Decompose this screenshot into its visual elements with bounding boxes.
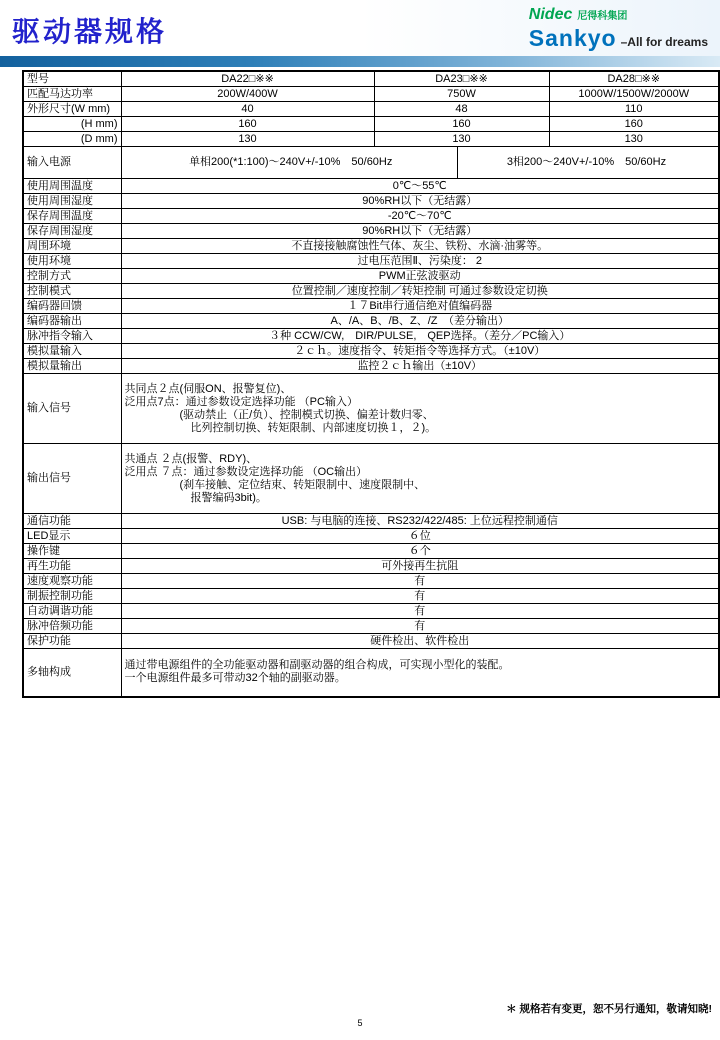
row-label: 脉冲倍频功能: [23, 619, 121, 634]
table-row: 输出信号共通点 ２点(报警、RDY)、 泛用点 ７点：通过参数设定选择功能 （O…: [23, 444, 719, 514]
table-row: 自动调谐功能有: [23, 604, 719, 619]
spec-value-cell: 750W: [374, 87, 549, 102]
row-label: 匹配马达功率: [23, 87, 121, 102]
spec-value-cell: 160: [549, 117, 719, 132]
table-row: 使用周围湿度90%RH以下（无结露）: [23, 194, 719, 209]
row-label: 输出信号: [23, 444, 121, 514]
page-number: 5: [0, 1018, 720, 1028]
table-row: 操作键６个: [23, 544, 719, 559]
table-row: LED显示６位: [23, 529, 719, 544]
table-row: (H mm)160160160: [23, 117, 719, 132]
table-row: 保存周围温度-20℃～70℃: [23, 209, 719, 224]
spec-value-cell: A、/A、B、/B、Z、/Z （差分输出）: [121, 314, 719, 329]
spec-value-cell: 有: [121, 604, 719, 619]
row-label: 制振控制功能: [23, 589, 121, 604]
table-row: 输入信号共同点２点(伺服ON、报警复位)、 泛用点7点：通过参数设定选择功能 （…: [23, 374, 719, 444]
table-row: 模拟量输出监控２ｃｈ输出（±10V）: [23, 359, 719, 374]
row-label: 输入电源: [23, 147, 121, 179]
sankyo-logo: Sankyo–All for dreams: [529, 26, 708, 51]
spec-table: 型号DA22□※※DA23□※※DA28□※※匹配马达功率200W/400W75…: [22, 70, 720, 698]
row-label: 保存周围湿度: [23, 224, 121, 239]
spec-value-cell: 位置控制／速度控制／转矩控制 可通过参数设定切换: [121, 284, 719, 299]
table-row: 脉冲指令输入３种 CCW/CW, DIR/PULSE, QEP选择。（差分／PC…: [23, 329, 719, 344]
row-label: 操作键: [23, 544, 121, 559]
row-label: 保存周围温度: [23, 209, 121, 224]
row-label: 模拟量输入: [23, 344, 121, 359]
table-row: 控制模式位置控制／速度控制／转矩控制 可通过参数设定切换: [23, 284, 719, 299]
row-label: (D mm): [23, 132, 121, 147]
row-label: LED显示: [23, 529, 121, 544]
row-label: 再生功能: [23, 559, 121, 574]
spec-value-cell: ６个: [121, 544, 719, 559]
table-row: 多轴构成通过带电源组件的全功能驱动器和副驱动器的组合构成，可实现小型化的装配。 …: [23, 649, 719, 697]
page-header: 驱动器规格 Nidec尼得科集团 Sankyo–All for dreams: [0, 0, 720, 56]
row-label: 周围环境: [23, 239, 121, 254]
spec-value-cell: 有: [121, 619, 719, 634]
spec-value-cell: 硬件检出、软件检出: [121, 634, 719, 649]
spec-value-cell: 0℃～55℃: [121, 179, 719, 194]
spec-value-cell: 40: [121, 102, 374, 117]
table-row: 保护功能硬件检出、软件检出: [23, 634, 719, 649]
brand-logos: Nidec尼得科集团 Sankyo–All for dreams: [529, 6, 708, 51]
row-label: 保护功能: [23, 634, 121, 649]
spec-value-cell: 160: [374, 117, 549, 132]
spec-value-cell: 48: [374, 102, 549, 117]
row-label: 使用周围温度: [23, 179, 121, 194]
table-row: 保存周围湿度90%RH以下（无结露）: [23, 224, 719, 239]
sankyo-wordmark: Sankyo: [529, 25, 617, 51]
table-row: 匹配马达功率200W/400W750W1000W/1500W/2000W: [23, 87, 719, 102]
table-row: (D mm)130130130: [23, 132, 719, 147]
spec-value-cell: ３种 CCW/CW, DIR/PULSE, QEP选择。（差分／PC输入）: [121, 329, 719, 344]
table-row: 使用周围温度0℃～55℃: [23, 179, 719, 194]
spec-value-cell: 90%RH以下（无结露）: [121, 194, 719, 209]
spec-value-cell: 110: [549, 102, 719, 117]
table-row: 控制方式PWM正弦波驱动: [23, 269, 719, 284]
row-label: 速度观察功能: [23, 574, 121, 589]
nidec-logo: Nidec尼得科集团: [529, 6, 708, 24]
row-label: 型号: [23, 71, 121, 87]
spec-value-cell: 不直接接触腐蚀性气体、灰尘、铁粉、水滴·油雾等。: [121, 239, 719, 254]
spec-value-cell: 过电压范围Ⅱ、污染度： 2: [121, 254, 719, 269]
page: 驱动器规格 Nidec尼得科集团 Sankyo–All for dreams 型…: [0, 0, 720, 1040]
nidec-chinese-label: 尼得科集团: [577, 11, 627, 22]
row-label: 通信功能: [23, 514, 121, 529]
row-label: 编码器回馈: [23, 299, 121, 314]
spec-value-cell: 有: [121, 589, 719, 604]
spec-value-cell: DA22□※※: [121, 71, 374, 87]
spec-multiline-cell: 共同点２点(伺服ON、报警复位)、 泛用点7点：通过参数设定选择功能 （PC输入…: [121, 374, 719, 444]
row-label: 脉冲指令输入: [23, 329, 121, 344]
table-row: 模拟量输入２ｃｈ。速度指令、转矩指令等选择方式。（±10V）: [23, 344, 719, 359]
power-supply-cell: 单相200(*1:100)～240V+/-10% 50/60Hz3相200～24…: [121, 147, 719, 179]
row-label: 输入信号: [23, 374, 121, 444]
table-row: 编码器输出A、/A、B、/B、Z、/Z （差分输出）: [23, 314, 719, 329]
spec-value-cell: 130: [374, 132, 549, 147]
row-label: 编码器输出: [23, 314, 121, 329]
table-row: 编码器回馈１７Bit串行通信绝对值编码器: [23, 299, 719, 314]
spec-value-cell: 200W/400W: [121, 87, 374, 102]
spec-value-cell: ２ｃｈ。速度指令、转矩指令等选择方式。（±10V）: [121, 344, 719, 359]
spec-value-cell: DA23□※※: [374, 71, 549, 87]
table-row: 外形尺寸(W mm)4048110: [23, 102, 719, 117]
table-row: 脉冲倍频功能有: [23, 619, 719, 634]
table-row: 使用环境过电压范围Ⅱ、污染度： 2: [23, 254, 719, 269]
spec-value-cell: ６位: [121, 529, 719, 544]
row-label: 模拟量输出: [23, 359, 121, 374]
row-label: 外形尺寸(W mm): [23, 102, 121, 117]
spec-value-cell: 160: [121, 117, 374, 132]
table-row: 制振控制功能有: [23, 589, 719, 604]
header-divider-bar: [0, 56, 720, 67]
footer-note: ＊ 规格若有变更，恕不另行通知，敬请知晓!: [506, 1001, 712, 1016]
row-label: 自动调谐功能: [23, 604, 121, 619]
spec-value-cell: PWM正弦波驱动: [121, 269, 719, 284]
spec-value-cell: USB: 与电脑的连接、RS232/422/485: 上位远程控制通信: [121, 514, 719, 529]
single-phase-power-value: 单相200(*1:100)～240V+/-10% 50/60Hz: [125, 147, 458, 178]
row-label: 使用周围湿度: [23, 194, 121, 209]
table-row: 速度观察功能有: [23, 574, 719, 589]
table-row: 周围环境不直接接触腐蚀性气体、灰尘、铁粉、水滴·油雾等。: [23, 239, 719, 254]
spec-value-cell: DA28□※※: [549, 71, 719, 87]
row-label: 多轴构成: [23, 649, 121, 697]
three-phase-power-value: 3相200～240V+/-10% 50/60Hz: [458, 147, 715, 178]
spec-value-cell: 130: [549, 132, 719, 147]
table-row: 型号DA22□※※DA23□※※DA28□※※: [23, 71, 719, 87]
spec-value-cell: 130: [121, 132, 374, 147]
spec-multiline-cell: 共通点 ２点(报警、RDY)、 泛用点 ７点：通过参数设定选择功能 （OC输出）…: [121, 444, 719, 514]
row-label: 控制模式: [23, 284, 121, 299]
nidec-wordmark: Nidec: [529, 6, 573, 23]
spec-value-cell: 可外接再生抗阻: [121, 559, 719, 574]
table-row: 通信功能USB: 与电脑的连接、RS232/422/485: 上位远程控制通信: [23, 514, 719, 529]
spec-value-cell: 90%RH以下（无结露）: [121, 224, 719, 239]
spec-value-cell: 监控２ｃｈ输出（±10V）: [121, 359, 719, 374]
row-label: 使用环境: [23, 254, 121, 269]
table-row: 输入电源单相200(*1:100)～240V+/-10% 50/60Hz3相20…: [23, 147, 719, 179]
sankyo-tagline: –All for dreams: [621, 35, 708, 49]
row-label: (H mm): [23, 117, 121, 132]
spec-value-cell: 有: [121, 574, 719, 589]
spec-multiline-cell: 通过带电源组件的全功能驱动器和副驱动器的组合构成，可实现小型化的装配。 一个电源…: [121, 649, 719, 697]
spec-value-cell: -20℃～70℃: [121, 209, 719, 224]
row-label: 控制方式: [23, 269, 121, 284]
page-title: 驱动器规格: [12, 10, 167, 50]
spec-value-cell: 1000W/1500W/2000W: [549, 87, 719, 102]
spec-value-cell: １７Bit串行通信绝对值编码器: [121, 299, 719, 314]
table-row: 再生功能可外接再生抗阻: [23, 559, 719, 574]
